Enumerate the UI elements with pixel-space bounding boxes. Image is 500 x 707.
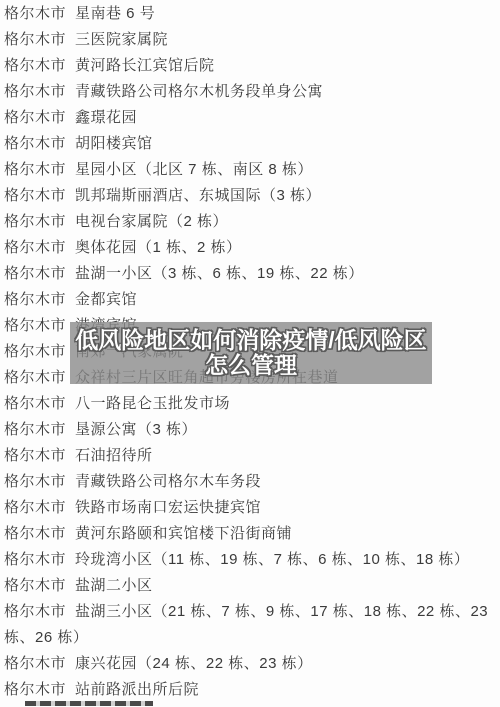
overlay-banner[interactable]: 低风险地区如何消除疫情/低风险区 怎么管理 [70, 322, 432, 384]
clipped-next-row [25, 701, 153, 706]
location-label: 盐湖二小区 [75, 577, 153, 594]
city-label: 格尔木市 [4, 161, 66, 178]
location-label: 铁路市场南口宏运快捷宾馆 [75, 499, 261, 516]
location-label: 站前路派出所后院 [75, 681, 199, 698]
location-label: 八一路昆仑玉批发市场 [75, 395, 230, 412]
location-label: 奥体花园（1 栋、2 栋） [75, 239, 242, 256]
location-label: 黄河路长江宾馆后院 [75, 57, 215, 74]
list-item: 格尔木市星南巷 6 号 [4, 1, 498, 27]
city-label: 格尔木市 [4, 499, 66, 516]
list-item: 格尔木市奥体花园（1 栋、2 栋） [4, 235, 498, 261]
location-label: 星南巷 6 号 [75, 5, 155, 22]
list-item: 格尔木市站前路派出所后院 [4, 677, 498, 703]
city-label: 格尔木市 [4, 31, 66, 48]
list-item: 格尔木市青藏铁路公司格尔木车务段 [4, 469, 498, 495]
location-label: 石油招待所 [75, 447, 153, 464]
city-label: 格尔木市 [4, 551, 66, 568]
city-label: 格尔木市 [4, 395, 66, 412]
list-item: 格尔木市青藏铁路公司格尔木机务段单身公寓 [4, 79, 498, 105]
low-risk-area-list-page: 格尔木市星南巷 6 号 格尔木市三医院家属院 格尔木市黄河路长江宾馆后院 格尔木… [0, 0, 500, 707]
list-item: 格尔木市盐湖二小区 [4, 573, 498, 599]
list-item: 格尔木市玲珑湾小区（11 栋、19 栋、7 栋、6 栋、10 栋、18 栋） [4, 547, 498, 573]
city-label: 格尔木市 [4, 265, 66, 282]
city-label: 格尔木市 [4, 291, 66, 308]
list-item: 格尔木市黄河东路颐和宾馆楼下沿街商铺 [4, 521, 498, 547]
location-label: 电视台家属院（2 栋） [75, 213, 228, 230]
city-label: 格尔木市 [4, 239, 66, 256]
list-item: 格尔木市八一路昆仑玉批发市场 [4, 391, 498, 417]
location-label: 金都宾馆 [75, 291, 137, 308]
city-label: 格尔木市 [4, 525, 66, 542]
list-item: 格尔木市三医院家属院 [4, 27, 498, 53]
location-label: 垦源公寓（3 栋） [75, 421, 197, 438]
city-label: 格尔木市 [4, 317, 66, 334]
city-label: 格尔木市 [4, 109, 66, 126]
city-label: 格尔木市 [4, 5, 66, 22]
overlay-title-line1: 低风险地区如何消除疫情/低风险区 [75, 328, 426, 353]
list-item: 格尔木市胡阳楼宾馆 [4, 131, 498, 157]
city-label: 格尔木市 [4, 213, 66, 230]
list-item: 格尔木市石油招待所 [4, 443, 498, 469]
city-label: 格尔木市 [4, 187, 66, 204]
location-label: 星园小区（北区 7 栋、南区 8 栋） [75, 161, 313, 178]
location-label: 青藏铁路公司格尔木车务段 [75, 473, 261, 490]
list-item: 格尔木市康兴花园（24 栋、22 栋、23 栋） [4, 651, 498, 677]
location-label: 玲珑湾小区（11 栋、19 栋、7 栋、6 栋、10 栋、18 栋） [75, 551, 469, 568]
location-label: 青藏铁路公司格尔木机务段单身公寓 [75, 83, 323, 100]
location-label: 三医院家属院 [75, 31, 168, 48]
city-label: 格尔木市 [4, 655, 66, 672]
list-item: 格尔木市黄河路长江宾馆后院 [4, 53, 498, 79]
list-item: 格尔木市盐湖三小区（21 栋、7 栋、9 栋、17 栋、18 栋、22 栋、23… [4, 599, 498, 651]
city-label: 格尔木市 [4, 135, 66, 152]
city-label: 格尔木市 [4, 343, 66, 360]
location-label: 凯邦瑞斯丽酒店、东城国际（3 栋） [75, 187, 321, 204]
list-item: 格尔木市垦源公寓（3 栋） [4, 417, 498, 443]
overlay-title-line2: 怎么管理 [205, 353, 297, 378]
city-label: 格尔木市 [4, 447, 66, 464]
location-label: 盐湖一小区（3 栋、6 栋、19 栋、22 栋） [75, 265, 364, 282]
list-item: 格尔木市铁路市场南口宏运快捷宾馆 [4, 495, 498, 521]
list-item: 格尔木市盐湖一小区（3 栋、6 栋、19 栋、22 栋） [4, 261, 498, 287]
list-item: 格尔木市金都宾馆 [4, 287, 498, 313]
city-label: 格尔木市 [4, 421, 66, 438]
city-label: 格尔木市 [4, 369, 66, 386]
city-label: 格尔木市 [4, 603, 66, 620]
list-item: 格尔木市电视台家属院（2 栋） [4, 209, 498, 235]
list-item: 格尔木市星园小区（北区 7 栋、南区 8 栋） [4, 157, 498, 183]
city-label: 格尔木市 [4, 577, 66, 594]
city-label: 格尔木市 [4, 57, 66, 74]
location-label: 盐湖三小区（21 栋、7 栋、9 栋、17 栋、18 栋、22 栋、23 栋、2… [4, 603, 488, 646]
location-label: 胡阳楼宾馆 [75, 135, 153, 152]
location-label: 黄河东路颐和宾馆楼下沿街商铺 [75, 525, 292, 542]
city-label: 格尔木市 [4, 83, 66, 100]
list-item: 格尔木市凯邦瑞斯丽酒店、东城国际（3 栋） [4, 183, 498, 209]
location-label: 鑫璟花园 [75, 109, 137, 126]
list-item: 格尔木市鑫璟花园 [4, 105, 498, 131]
city-label: 格尔木市 [4, 473, 66, 490]
location-label: 康兴花园（24 栋、22 栋、23 栋） [75, 655, 313, 672]
city-label: 格尔木市 [4, 681, 66, 698]
